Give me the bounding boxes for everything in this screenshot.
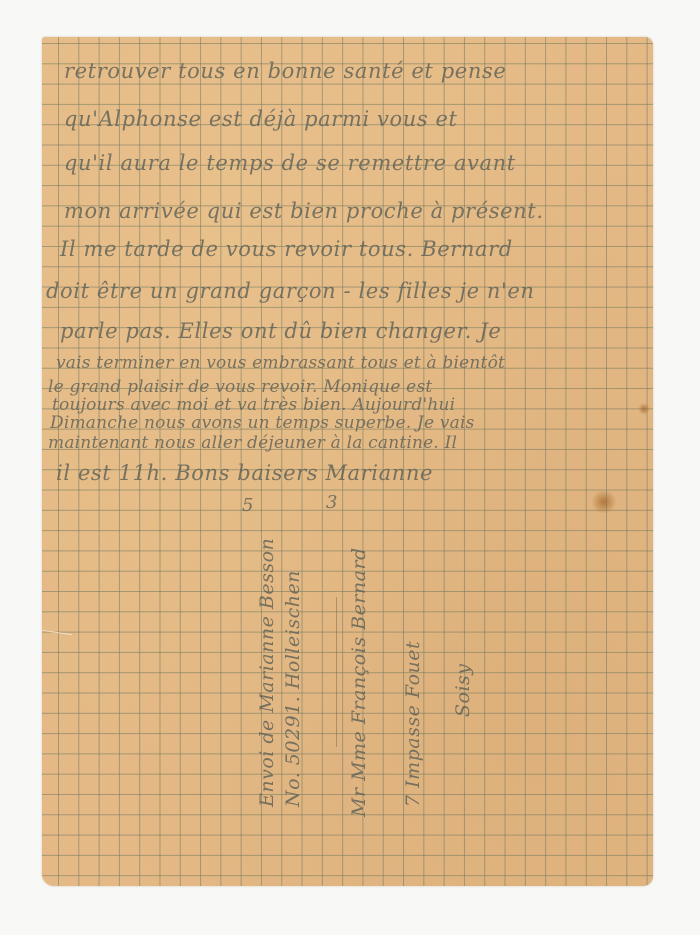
letter-line-3: qu'il aura le temps de se remettre avant [64,151,516,175]
paper-stain [590,491,618,513]
margin-mark-3: 3 [326,492,337,513]
sender-address-line-2: No. 50291. Holleischen [282,570,304,807]
letter-line-2: qu'Alphonse est déjà parmi vous et [64,107,458,131]
letter-line-6: doit être un grand garçon - les filles j… [46,279,535,303]
sender-address-line-1: Envoi de Marianne Besson [256,538,278,807]
margin-mark-5: 5 [242,495,253,516]
recipient-address-line-3: Soisy [452,663,474,717]
scanned-document: retrouver tous en bonne santé et pense q… [0,0,700,935]
grid-paper-sheet: retrouver tous en bonne santé et pense q… [42,37,653,886]
paper-crease [42,630,72,635]
letter-line-4: mon arrivée qui est bien proche à présen… [64,199,544,223]
letter-line-5: Il me tarde de vous revoir tous. Bernard [60,237,513,261]
letter-line-9: le grand plaisir de vous revoir. Monique… [48,377,432,397]
paper-stain-small [638,403,650,415]
letter-line-12: maintenant nous aller déjeuner à la cant… [48,433,457,453]
letter-line-7: parle pas. Elles ont dû bien changer. Je [60,319,501,343]
address-separator-line [336,597,337,747]
letter-line-1: retrouver tous en bonne santé et pense [64,59,506,83]
letter-line-11: Dimanche nous avons un temps superbe. Je… [50,413,475,433]
recipient-address-line-1: Mr Mme François Bernard [348,547,370,817]
recipient-address-line-2: 7 Impasse Fouet [402,641,424,807]
letter-line-8: vais terminer en vous embrassant tous et… [56,353,505,373]
letter-line-13-closing: il est 11h. Bons baisers Marianne [56,461,433,485]
letter-line-10: toujours avec moi et va très bien. Aujou… [52,395,455,415]
